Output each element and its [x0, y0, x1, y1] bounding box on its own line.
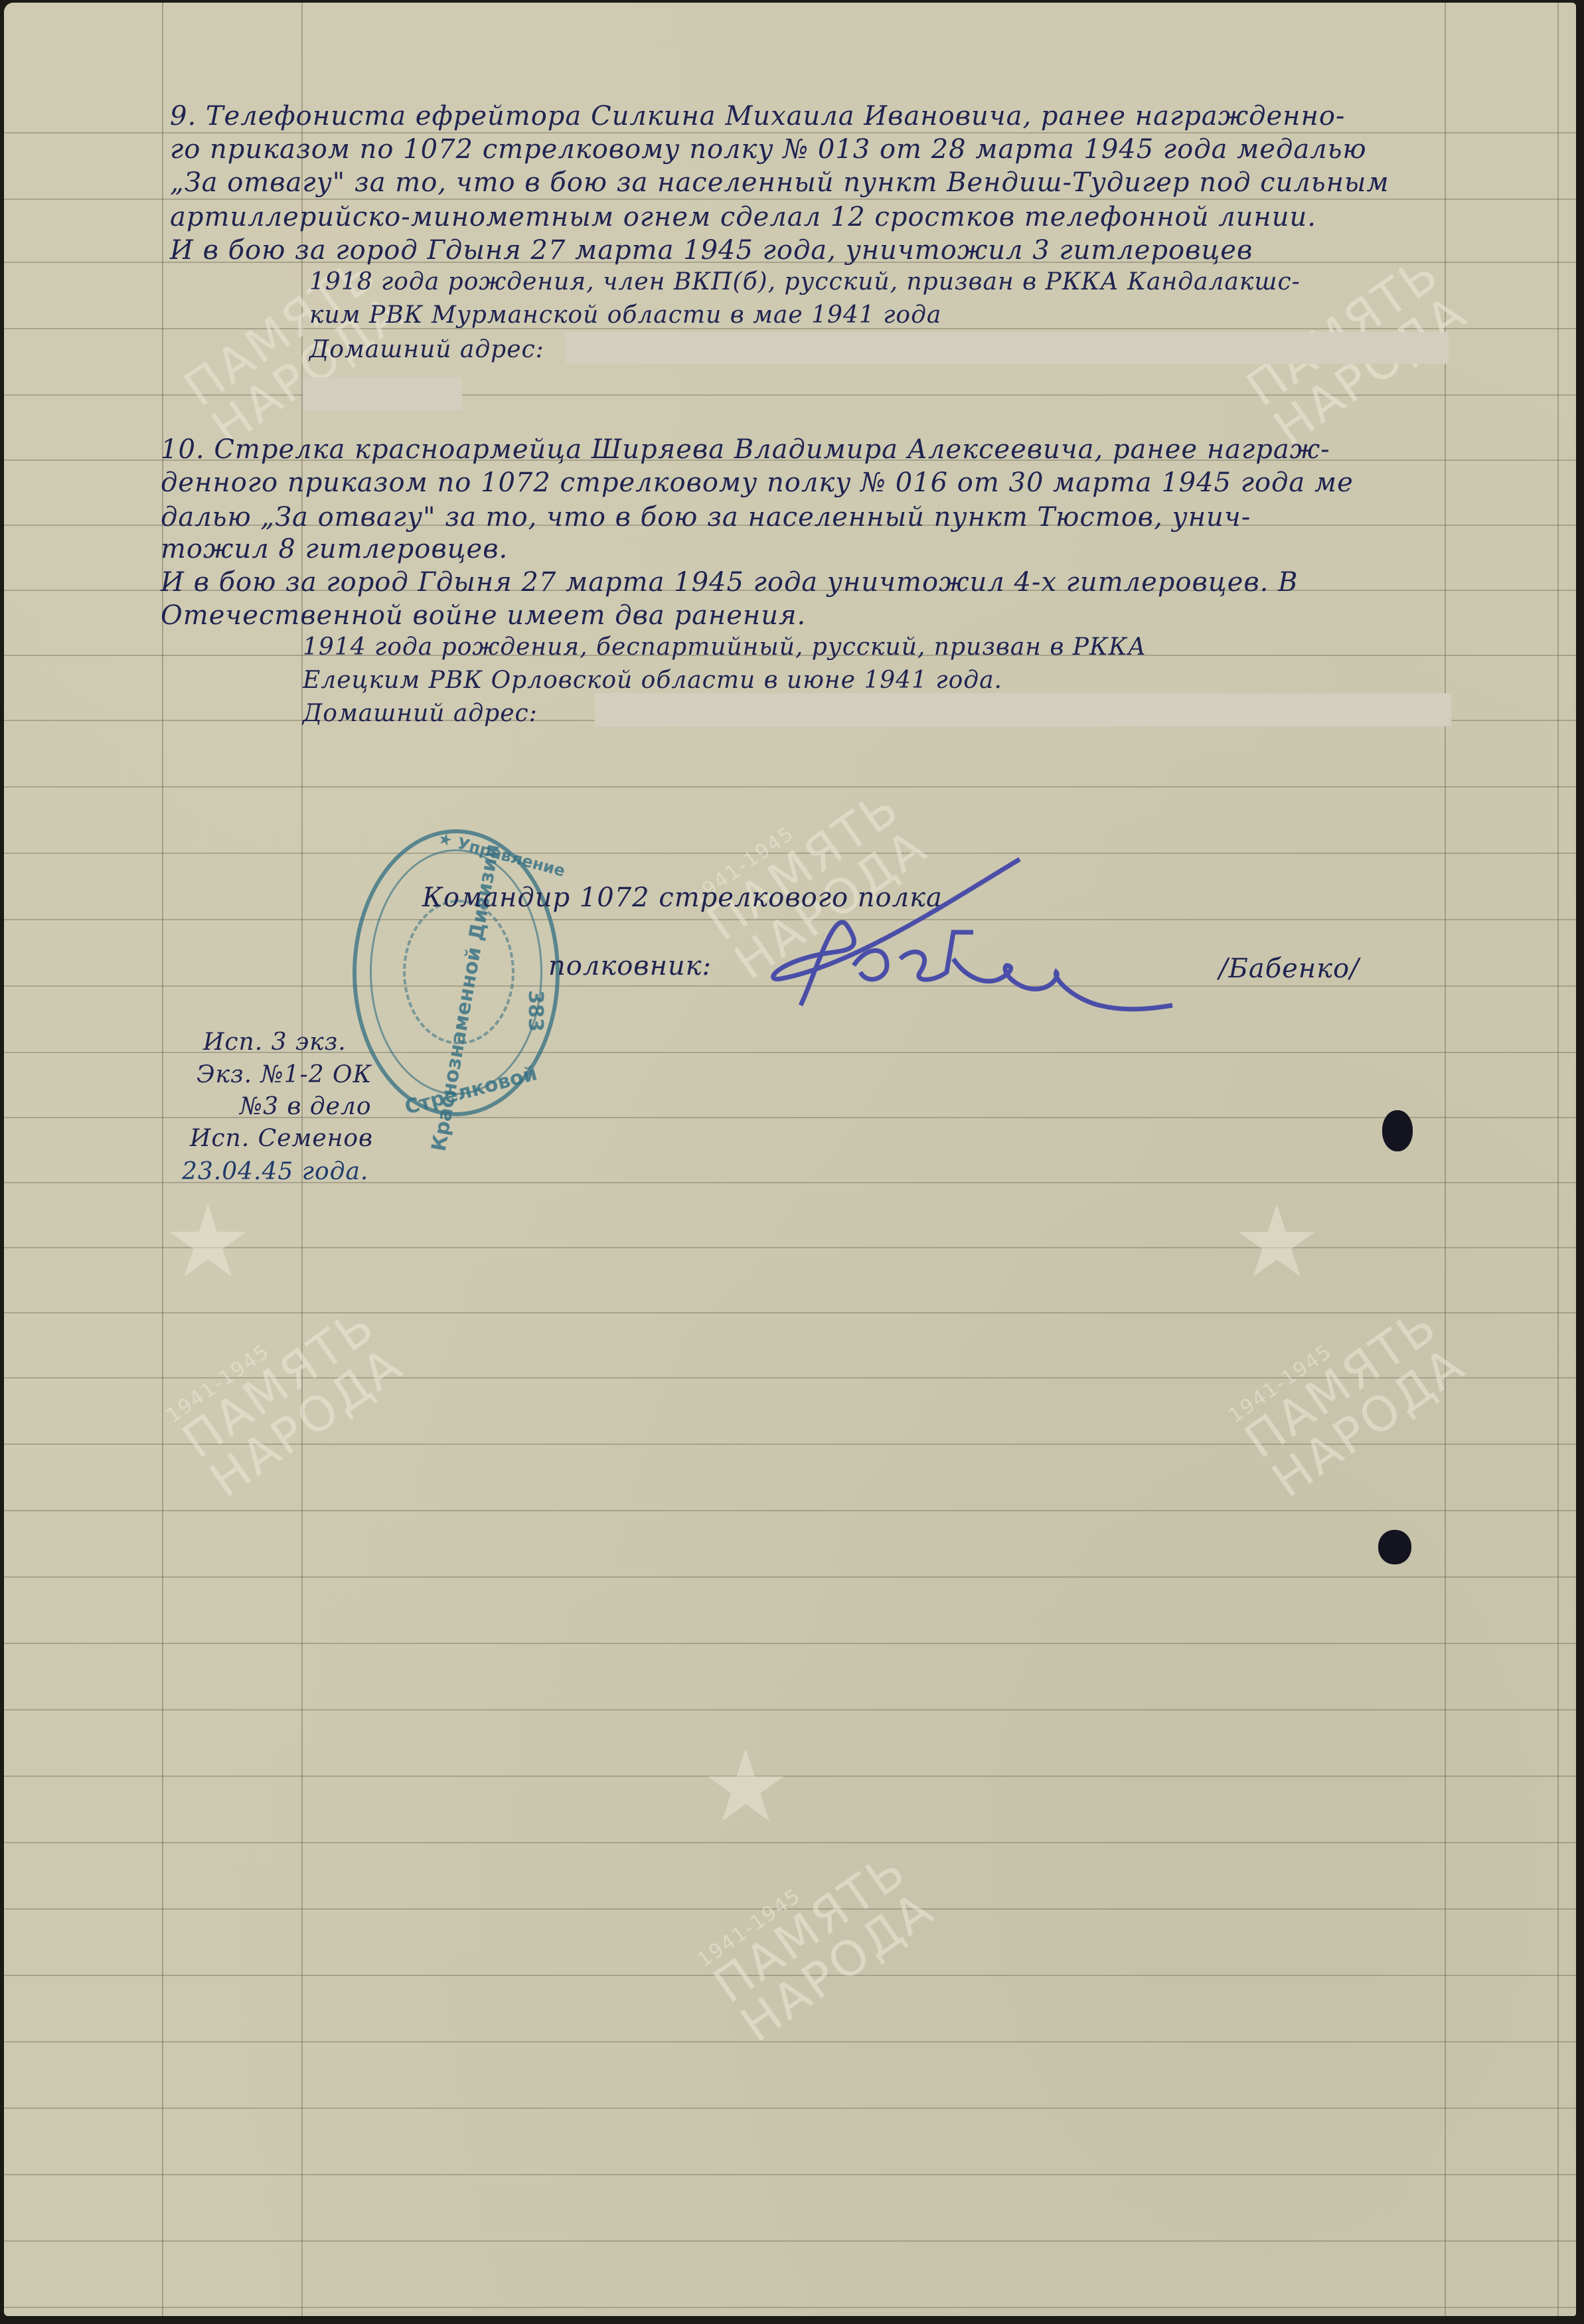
- official-stamp: Краснознаменной Дивизии ★ Управление Стр…: [353, 829, 560, 1116]
- stamp-number: 383: [524, 990, 547, 1032]
- bio-line: Елецким РВК Орловской области в июне 194…: [303, 667, 1002, 694]
- footer-note-date: 23.04.45 года.: [182, 1158, 368, 1185]
- redacted-address: [566, 332, 1449, 364]
- margin-line: [162, 3, 163, 2316]
- document-sheet: ★ 1941-1945 ПАМЯТЬ НАРОДА ★ 1941-1945 ПА…: [4, 3, 1576, 2316]
- ruled-line: [4, 1643, 1576, 1644]
- entry-text-line: денного приказом по 1072 стрелковому пол…: [161, 467, 1354, 498]
- entry-text-line: И в бою за город Гдыня 27 марта 1945 год…: [170, 235, 1253, 266]
- margin-line: [1557, 3, 1559, 2316]
- bio-line: 1918 года рождения, член ВКП(б), русский…: [309, 268, 1301, 295]
- watermark: 1941-1945 ПАМЯТЬ НАРОДА: [1226, 1284, 1473, 1505]
- entry-text-line: артиллерийско-минометным огнем сделал 12…: [170, 202, 1316, 232]
- ruled-line: [4, 1510, 1576, 1511]
- watermark: 1941-1945 ПАМЯТЬ НАРОДА: [163, 1284, 411, 1505]
- ruled-line: [4, 2174, 1576, 2175]
- signature-rank: полковник:: [548, 951, 712, 981]
- footer-note: Исп. 3 экз.: [203, 1029, 347, 1056]
- footer-note: Экз. №1-2 ОК: [197, 1061, 372, 1088]
- footer-note: Исп. Семенов: [190, 1125, 373, 1152]
- entry-text-line: далью „За отвагу" за то, что в бою за на…: [161, 502, 1251, 533]
- ruled-line: [4, 1312, 1576, 1313]
- hole-punch: [1382, 1110, 1413, 1151]
- entry-text-line: 9. Телефониста ефрейтора Силкина Михаила…: [170, 101, 1345, 131]
- watermark-star-icon: ★: [701, 1729, 790, 1845]
- ruled-line: [4, 2041, 1576, 2042]
- ruled-line: [4, 1709, 1576, 1710]
- watermark-star-icon: ★: [1232, 1185, 1321, 1300]
- bio-line: 1914 года рождения, беспартийный, русски…: [303, 633, 1147, 661]
- address-label: Домашний адрес:: [303, 700, 538, 727]
- entry-text-line: тожил 8 гитлеровцев.: [161, 534, 508, 564]
- ruled-line: [4, 132, 1576, 133]
- ruled-line: [4, 2307, 1576, 2308]
- hole-punch: [1378, 1530, 1411, 1564]
- ruled-line: [4, 199, 1576, 200]
- ruled-line: [4, 786, 1576, 788]
- entry-text-line: И в бою за город Гдыня 27 марта 1945 год…: [161, 567, 1298, 598]
- ruled-line: [4, 1576, 1576, 1578]
- handwritten-signature: [754, 846, 1259, 1032]
- entry-text-line: 10. Стрелка красноармейца Ширяева Владим…: [161, 434, 1330, 465]
- ruled-line: [4, 2108, 1576, 2109]
- entry-text-line: Отечественной войне имеет два ранения.: [161, 600, 806, 631]
- signatory-name: /Бабенко/: [1219, 954, 1360, 984]
- ruled-line: [4, 2240, 1576, 2242]
- entry-text-line: „За отвагу" за то, что в бою за населенн…: [170, 167, 1389, 198]
- watermark: 1941-1945 ПАМЯТЬ НАРОДА: [694, 1828, 942, 2050]
- bio-line: ким РВК Мурманской области в мае 1941 го…: [309, 301, 941, 329]
- entry-text-line: го приказом по 1072 стрелковому полку № …: [170, 134, 1367, 165]
- redacted-address: [303, 377, 462, 410]
- footer-note: №3 в дело: [240, 1093, 372, 1120]
- redacted-address: [595, 693, 1451, 726]
- address-label: Домашний адрес:: [309, 336, 544, 363]
- watermark-star-icon: ★: [163, 1185, 252, 1300]
